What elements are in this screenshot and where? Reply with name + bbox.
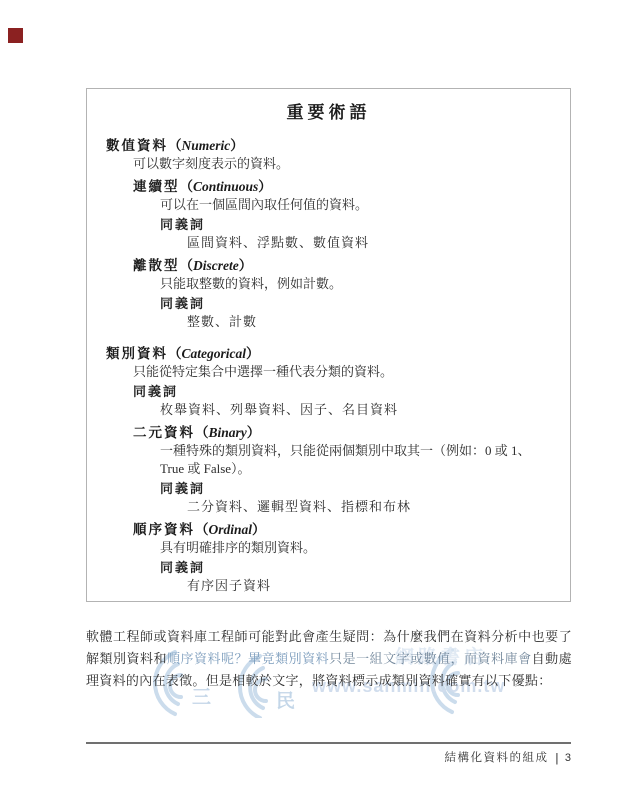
- term-heading: 順序資料（Ordinal）: [106, 521, 551, 539]
- synonym-label: 同義詞: [106, 480, 551, 498]
- term-en: Discrete: [193, 258, 239, 273]
- term-heading: 連續型（Continuous）: [106, 178, 551, 196]
- term-zh: 順序資料: [133, 522, 195, 537]
- term-zh: 數值資料: [106, 138, 168, 153]
- synonym-list: 枚舉資料、列舉資料、因子、名目資料: [106, 401, 551, 419]
- paren-open: （: [168, 346, 182, 361]
- term-definition: 只能從特定集合中選擇一種代表分類的資料。: [106, 363, 551, 381]
- synonym-list: 區間資料、浮點數、數值資料: [106, 234, 551, 252]
- paren-open: （: [180, 179, 194, 194]
- synonym-list: 有序因子資料: [106, 577, 551, 595]
- paren-open: （: [195, 425, 209, 440]
- footer-separator: |: [556, 750, 560, 766]
- synonym-list: 二分資料、邏輯型資料、指標和布林: [106, 498, 551, 516]
- key-terms-box: 重要術語 數值資料（Numeric） 可以數字刻度表示的資料。 連續型（Cont…: [86, 88, 571, 602]
- footer-page-number: 3: [565, 752, 571, 764]
- glossary-entry: 連續型（Continuous） 可以在一個區間內取任何值的資料。 同義詞 區間資…: [106, 178, 551, 252]
- glossary-entry: 二元資料（Binary） 一種特殊的類別資料，只能從兩個類別中取其一（例如：0 …: [106, 424, 551, 516]
- term-en: Binary: [209, 425, 247, 440]
- term-heading: 數值資料（Numeric）: [106, 137, 551, 155]
- paren-close: ）: [239, 258, 253, 273]
- glossary-entry: 順序資料（Ordinal） 具有明確排序的類別資料。 同義詞 有序因子資料: [106, 521, 551, 595]
- paren-close: ）: [246, 346, 260, 361]
- term-heading: 離散型（Discrete）: [106, 257, 551, 275]
- footer: 結構化資料的組成|3: [86, 750, 571, 766]
- glossary-entry: 類別資料（Categorical） 只能從特定集合中選擇一種代表分類的資料。 同…: [106, 345, 551, 419]
- paren-open: （: [168, 138, 182, 153]
- paragraph-seg-blue: 順序資料呢？畢竟類別資料: [167, 651, 329, 666]
- paren-close: ）: [247, 425, 261, 440]
- term-zh: 連續型: [133, 179, 180, 194]
- synonym-label: 同義詞: [106, 216, 551, 234]
- footer-rule: [86, 742, 571, 744]
- term-en: Categorical: [182, 346, 247, 361]
- term-en: Continuous: [193, 179, 258, 194]
- term-zh: 離散型: [133, 258, 180, 273]
- term-definition: 只能取整數的資料，例如計數。: [106, 275, 551, 293]
- term-definition: 一種特殊的類別資料，只能從兩個類別中取其一（例如：0 或 1、True 或 Fa…: [106, 442, 551, 478]
- synonym-label: 同義詞: [106, 295, 551, 313]
- key-terms-title: 重要術語: [106, 102, 551, 124]
- paren-open: （: [195, 522, 209, 537]
- body-paragraph: 軟體工程師或資料庫工程師可能對此會產生疑問：為什麼我們在資料分析中也要了解類別資…: [86, 626, 572, 692]
- synonym-list: 整數、計數: [106, 313, 551, 331]
- term-en: Numeric: [182, 138, 231, 153]
- term-definition: 具有明確排序的類別資料。: [106, 539, 551, 557]
- synonym-label: 同義詞: [106, 383, 551, 401]
- term-heading: 類別資料（Categorical）: [106, 345, 551, 363]
- term-en: Ordinal: [209, 522, 253, 537]
- synonym-label: 同義詞: [106, 559, 551, 577]
- term-definition: 可以數字刻度表示的資料。: [106, 155, 551, 173]
- term-zh: 類別資料: [106, 346, 168, 361]
- red-corner-mark: [8, 28, 23, 43]
- term-definition: 可以在一個區間內取任何值的資料。: [106, 196, 551, 214]
- paren-open: （: [180, 258, 194, 273]
- paren-close: ）: [230, 138, 244, 153]
- term-zh: 二元資料: [133, 425, 195, 440]
- paren-close: ）: [258, 179, 272, 194]
- glossary-entry: 離散型（Discrete） 只能取整數的資料，例如計數。 同義詞 整數、計數: [106, 257, 551, 331]
- glossary-entry: 數值資料（Numeric） 可以數字刻度表示的資料。: [106, 137, 551, 173]
- paren-close: ）: [252, 522, 266, 537]
- book-page: 重要術語 數值資料（Numeric） 可以數字刻度表示的資料。 連續型（Cont…: [0, 0, 644, 800]
- footer-chapter-title: 結構化資料的組成: [445, 752, 549, 764]
- term-heading: 二元資料（Binary）: [106, 424, 551, 442]
- paragraph-seg-faded: 只是一組文字或數值，而資料庫會: [329, 651, 532, 666]
